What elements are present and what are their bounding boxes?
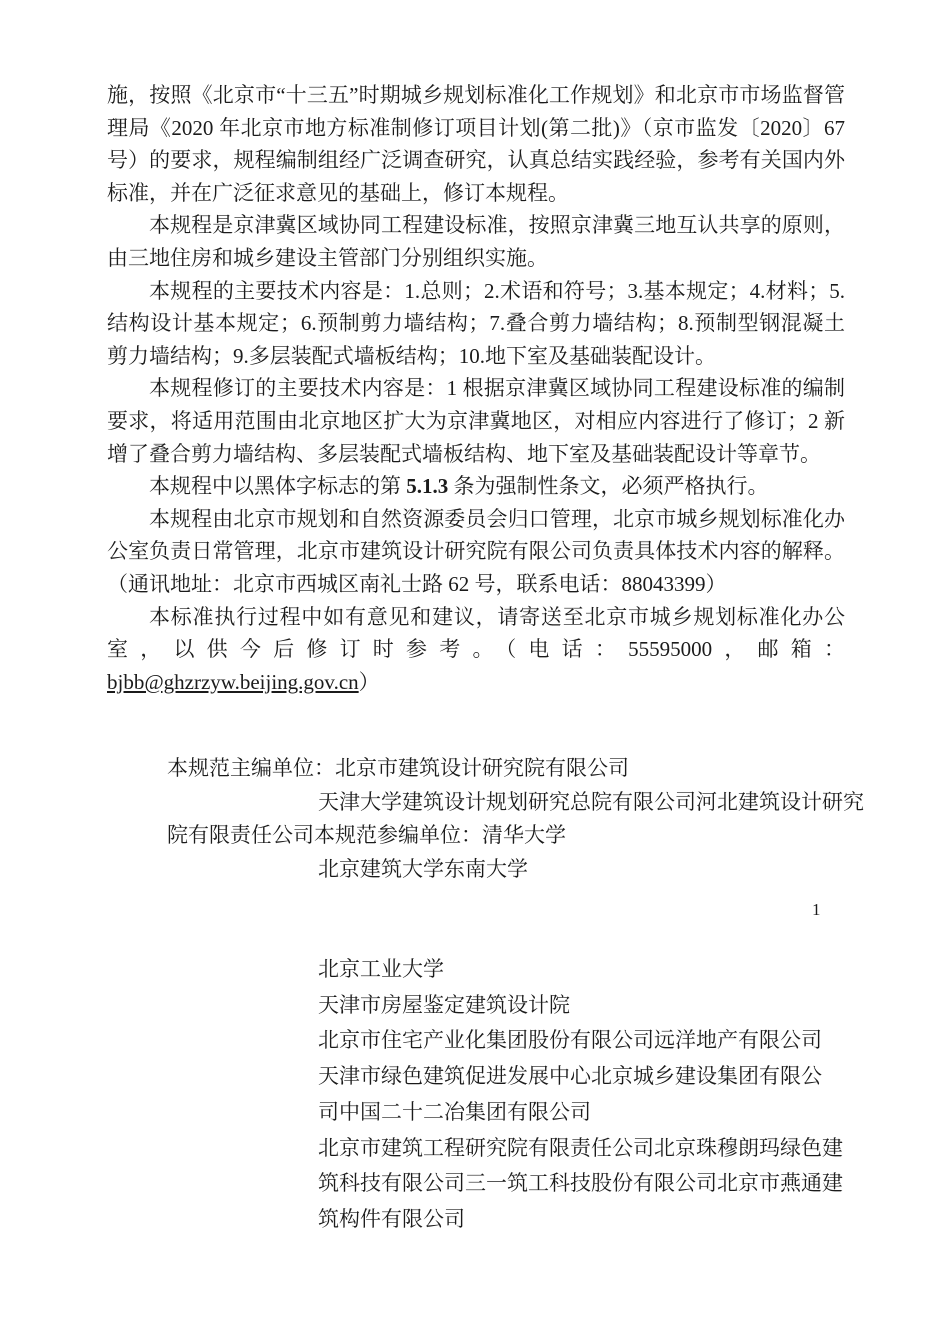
- participating-unit-line: 院有限责任公司本规范参编单位：清华大学: [167, 819, 845, 853]
- paragraph-feedback: 本标准执行过程中如有意见和建议，请寄送至北京市城乡规划标准化办公室，以供今后修订…: [107, 601, 845, 699]
- email-link[interactable]: bjbb@ghzrzyw.beijing.gov.cn: [107, 670, 359, 694]
- chief-editing-unit-line: 天津大学建筑设计规划研究总院有限公司河北建筑设计研究: [318, 786, 845, 820]
- mandatory-clause-text-post: 条为强制性条文，必须严格执行。: [448, 474, 768, 498]
- paragraph-administration: 本规程由北京市规划和自然资源委员会归口管理，北京市城乡规划标准化办公室负责日常管…: [107, 503, 845, 601]
- document-page: 施，按照《北京市“十三五”时期城乡规划标准化工作规划》和北京市市场监督管理局《2…: [0, 0, 950, 1344]
- page-number: 1: [812, 899, 821, 921]
- editing-units-block: 本规范主编单位：北京市建筑设计研究院有限公司 天津大学建筑设计规划研究总院有限公…: [107, 752, 845, 886]
- participating-unit-line: 北京工业大学: [318, 952, 858, 988]
- participating-unit-line: 北京市建筑工程研究院有限责任公司北京珠穆朗玛绿色建: [318, 1131, 858, 1167]
- participating-unit-line: 天津市房屋鉴定建筑设计院: [318, 988, 858, 1024]
- participating-unit-line: 北京建筑大学东南大学: [318, 853, 845, 887]
- participating-units-list: 北京工业大学 天津市房屋鉴定建筑设计院 北京市住宅产业化集团股份有限公司远洋地产…: [318, 952, 858, 1238]
- participating-unit-line: 筑构件有限公司: [318, 1202, 858, 1238]
- document-body: 施，按照《北京市“十三五”时期城乡规划标准化工作规划》和北京市市场监督管理局《2…: [107, 79, 845, 698]
- participating-unit-line: 司中国二十二冶集团有限公司: [318, 1095, 858, 1131]
- participating-unit-line: 筑科技有限公司三一筑工科技股份有限公司北京市燕通建: [318, 1166, 858, 1202]
- paragraph-revision-contents: 本规程修订的主要技术内容是：1 根据京津冀区域协同工程建设标准的编制要求，将适用…: [107, 372, 845, 470]
- participating-unit-line: 天津市绿色建筑促进发展中心北京城乡建设集团有限公: [318, 1059, 858, 1095]
- paragraph-mandatory-clause: 本规程中以黑体字标志的第 5.1.3 条为强制性条文，必须严格执行。: [107, 470, 845, 503]
- paragraph-revision-basis: 施，按照《北京市“十三五”时期城乡规划标准化工作规划》和北京市市场监督管理局《2…: [107, 79, 845, 209]
- paragraph-technical-contents: 本规程的主要技术内容是：1.总则；2.术语和符号；3.基本规定；4.材料；5.结…: [107, 275, 845, 373]
- feedback-text-post: ）: [359, 670, 380, 694]
- mandatory-clause-text-pre: 本规程中以黑体字标志的第: [149, 474, 406, 498]
- participating-unit-line: 北京市住宅产业化集团股份有限公司远洋地产有限公司: [318, 1023, 858, 1059]
- mandatory-clause-number: 5.1.3: [406, 474, 448, 498]
- feedback-text-pre: 本标准执行过程中如有意见和建议，请寄送至北京市城乡规划标准化办公室，以供今后修订…: [107, 605, 845, 662]
- paragraph-regional-standard: 本规程是京津冀区域协同工程建设标准，按照京津冀三地互认共享的原则，由三地住房和城…: [107, 209, 845, 274]
- chief-editing-unit-line: 本规范主编单位：北京市建筑设计研究院有限公司: [167, 752, 845, 786]
